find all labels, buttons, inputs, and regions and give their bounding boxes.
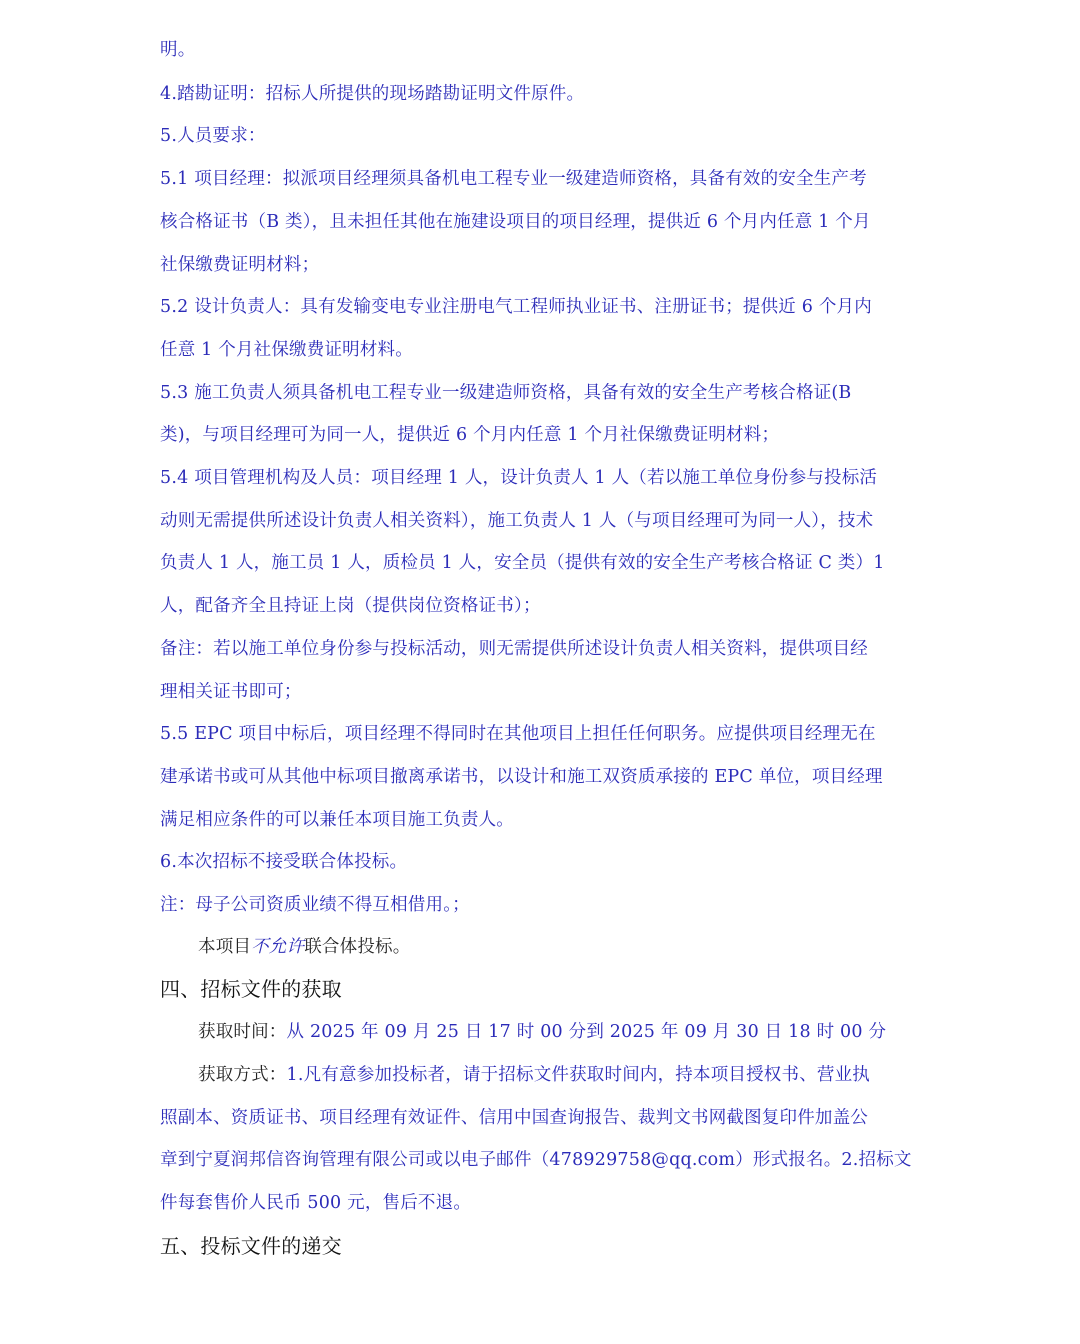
text-line: 核合格证书（B 类），且未担任其他在施建设项目的项目经理，提供近 6 个月内任意… (160, 210, 871, 234)
obtain-time-value: 从 2025 年 09 月 25 日 17 时 00 分到 2025 年 09 … (287, 1022, 887, 1042)
text-line: 负责人 1 人，施工员 1 人，质检员 1 人，安全员（提供有效的安全生产考核合… (160, 551, 885, 575)
consortium-suffix: 联合体投标。 (304, 937, 410, 957)
text-line: 满足相应条件的可以兼任本项目施工负责人。 (160, 808, 514, 832)
text-line-5-5: 5.5 EPC 项目中标后，项目经理不得同时在其他项目上担任任何职务。应提供项目… (160, 722, 876, 746)
text-line-5-2: 5.2 设计负责人：具有发输变电专业注册电气工程师执业证书、注册证书；提供近 6… (160, 295, 872, 319)
obtain-time-row: 获取时间：从 2025 年 09 月 25 日 17 时 00 分到 2025 … (198, 1020, 886, 1044)
text-line: 建承诺书或可从其他中标项目撤离承诺书，以设计和施工双资质承接的 EPC 单位，项… (160, 765, 883, 789)
section-heading-submit-bids: 五、投标文件的递交 (160, 1234, 342, 1258)
consortium-emphasis: 不允许 (251, 937, 304, 957)
obtain-method-row: 获取方式：1.凡有意参加投标者，请于招标文件获取时间内，持本项目授权书、营业执 (198, 1063, 870, 1087)
text-line: 理相关证书即可； (160, 680, 302, 704)
text-line-price: 件每套售价人民币 500 元，售后不退。 (160, 1191, 471, 1215)
text-line-email: 章到宁夏润邦信咨询管理有限公司或以电子邮件（478929758@qq.com）形… (160, 1148, 912, 1172)
text-line-note: 注：母子公司资质业绩不得互相借用。； (160, 893, 470, 917)
document-page: 明。 4.踏勘证明：招标人所提供的现场踏勘证明文件原件。 5.人员要求： 5.1… (0, 0, 1080, 1344)
text-line-site-visit: 4.踏勘证明：招标人所提供的现场踏勘证明文件原件。 (160, 82, 584, 106)
text-line: 人，配备齐全且持证上岗（提供岗位资格证书）； (160, 594, 541, 618)
text-line-5-3: 5.3 施工负责人须具备机电工程专业一级建造师资格，具备有效的安全生产考核合格证… (160, 381, 851, 405)
text-line: 类)，与项目经理可为同一人，提供近 6 个月内任意 1 个月社保缴费证明材料； (160, 423, 779, 447)
obtain-time-label: 获取时间： (198, 1022, 287, 1042)
obtain-method-text: 1.凡有意参加投标者，请于招标文件获取时间内，持本项目授权书、营业执 (287, 1065, 871, 1085)
text-line: 社保缴费证明材料； (160, 253, 319, 277)
text-line-5-4: 5.4 项目管理机构及人员：项目经理 1 人，设计负责人 1 人（若以施工单位身… (160, 466, 877, 490)
text-line: 任意 1 个月社保缴费证明材料。 (160, 338, 413, 362)
text-line-no-consortium: 6.本次招标不接受联合体投标。 (160, 850, 407, 874)
text-line-5-1: 5.1 项目经理：拟派项目经理须具备机电工程专业一级建造师资格，具备有效的安全生… (160, 167, 867, 191)
text-line-staff-requirements: 5.人员要求： (160, 124, 266, 148)
consortium-prefix: 本项目 (198, 937, 251, 957)
text-line: 动则无需提供所述设计负责人相关资料），施工负责人 1 人（与项目经理可为同一人）… (160, 509, 873, 533)
obtain-method-label: 获取方式： (198, 1065, 287, 1085)
text-line: 照副本、资质证书、项目经理有效证件、信用中国查询报告、裁判文书网截图复印件加盖公 (160, 1106, 868, 1130)
consortium-statement: 本项目不允许联合体投标。 (198, 935, 410, 959)
section-heading-obtain-documents: 四、招标文件的获取 (160, 977, 342, 1001)
text-line-remark: 备注：若以施工单位身份参与投标活动，则无需提供所述设计负责人相关资料，提供项目经 (160, 637, 868, 661)
text-line: 明。 (160, 38, 195, 62)
